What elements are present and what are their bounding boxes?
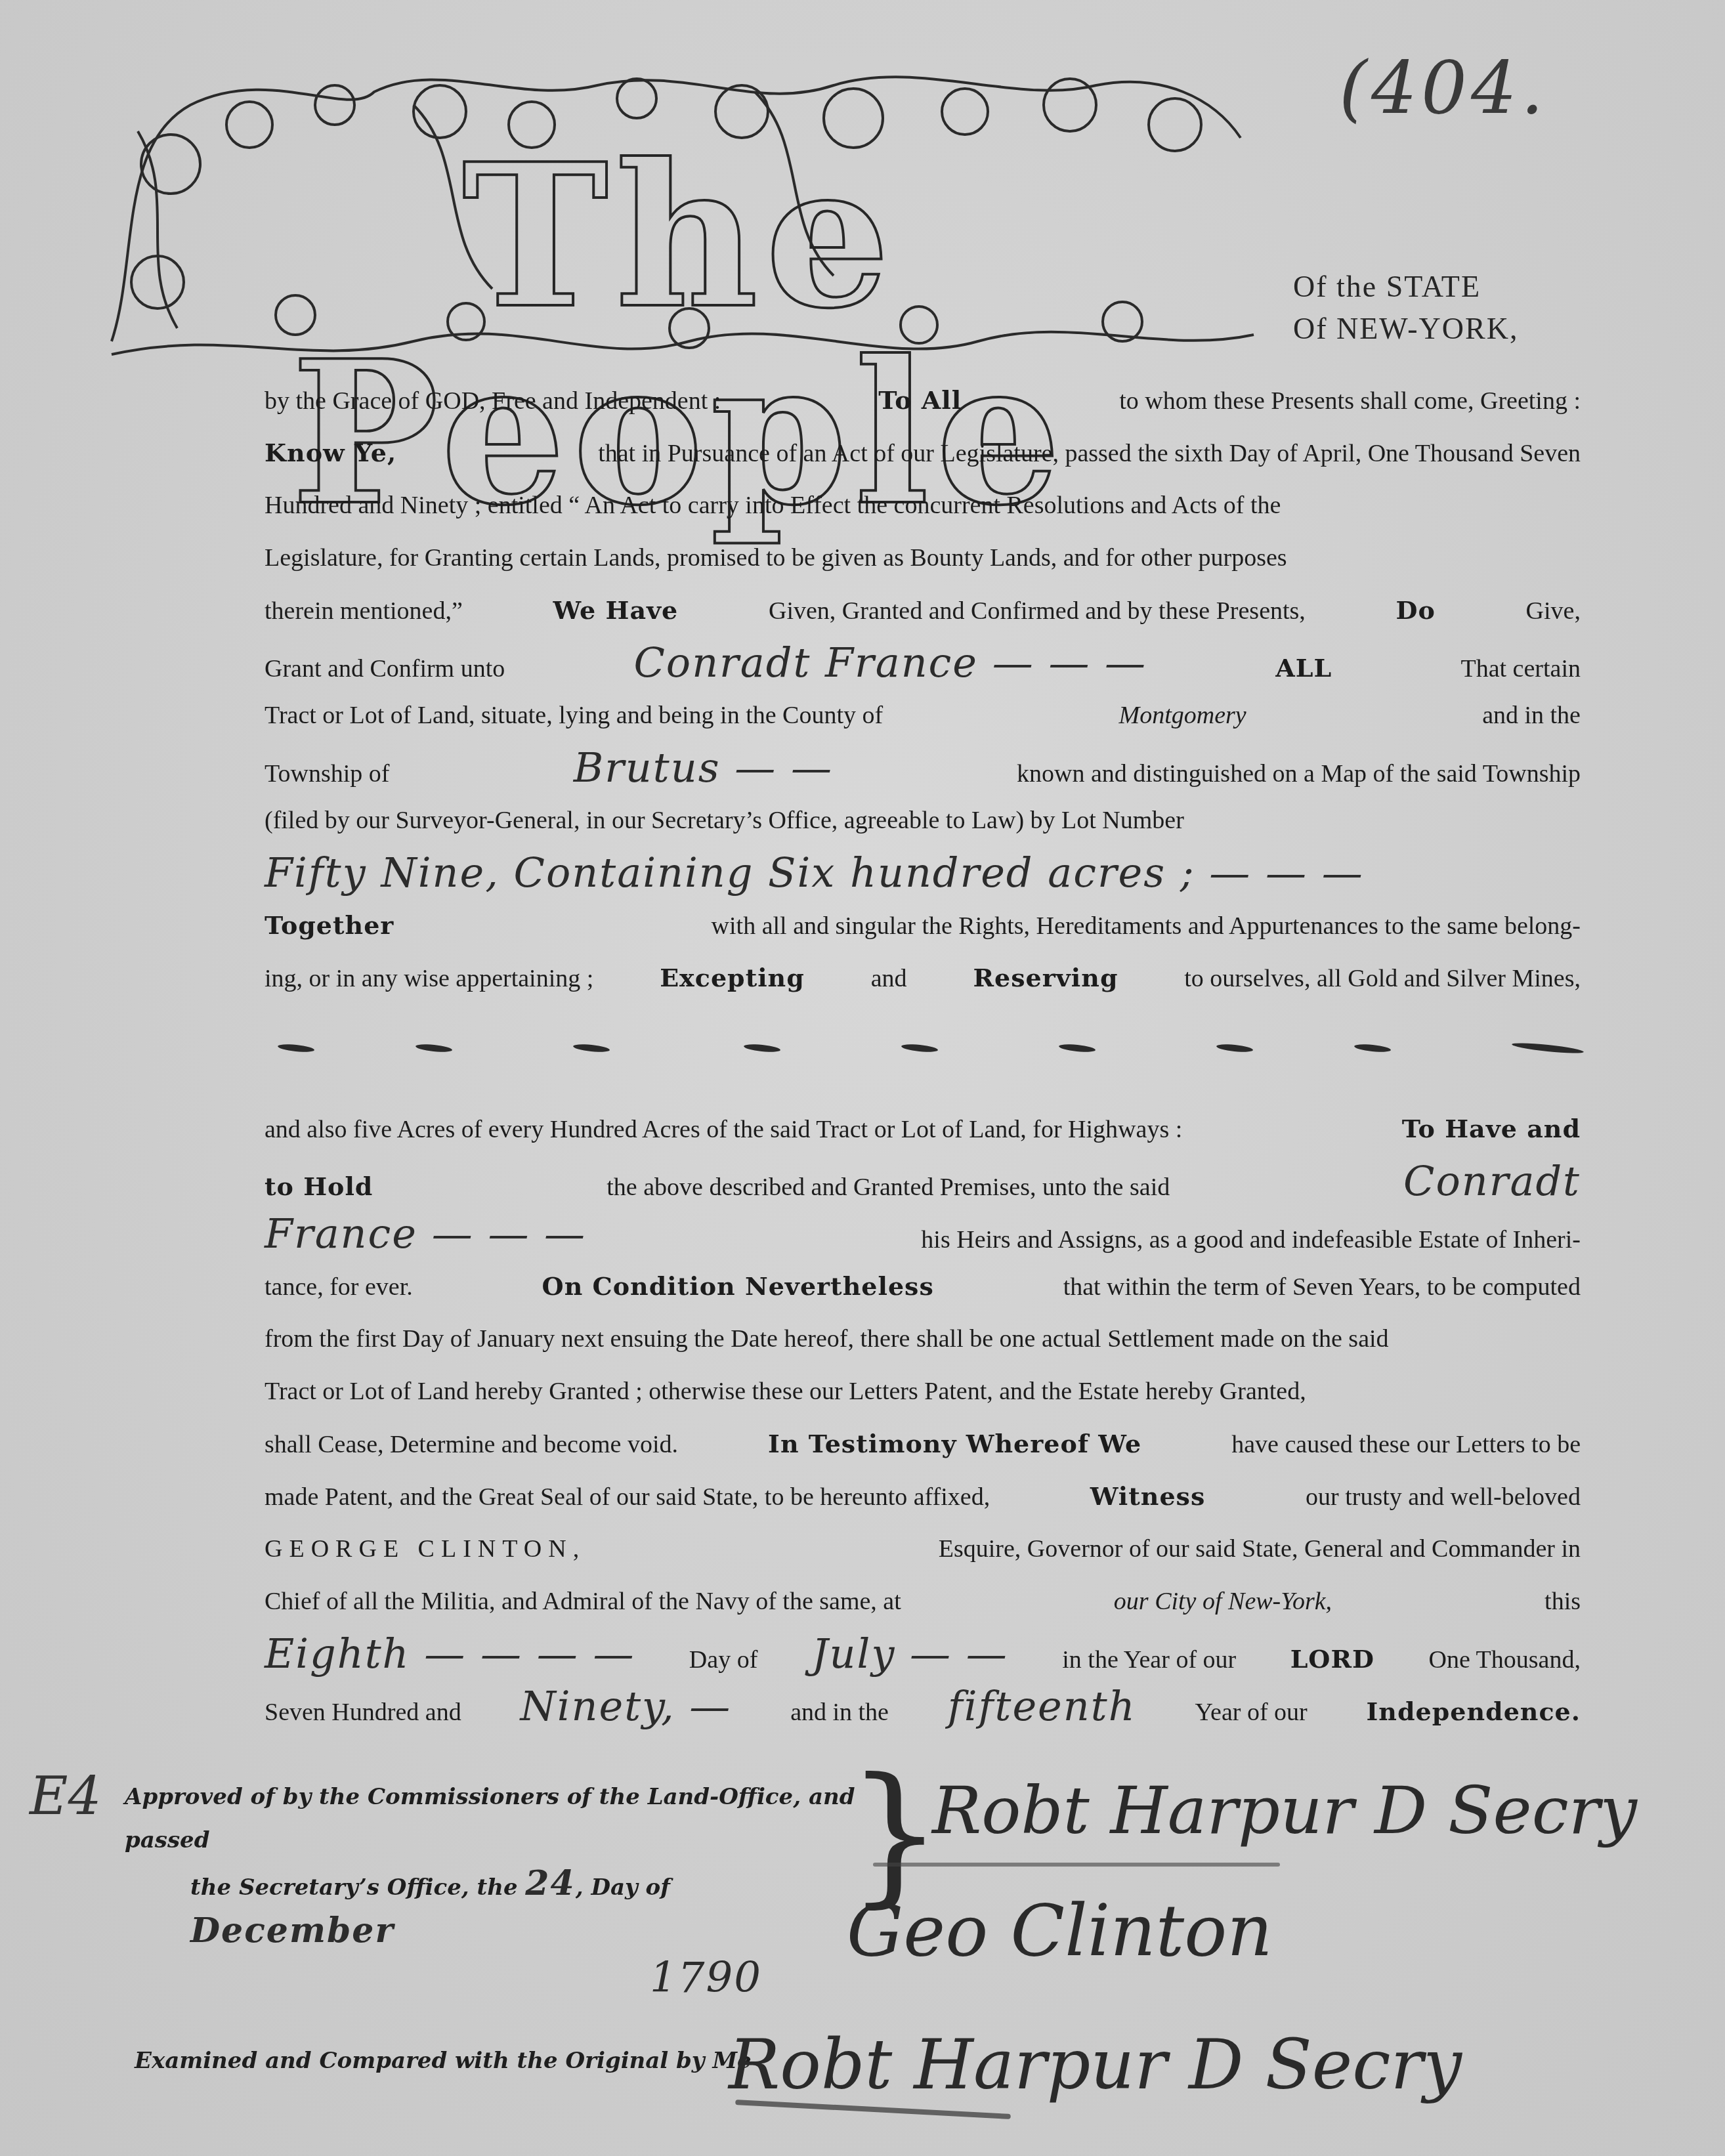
text-line: and also five Acres of every Hundred Acr… [265,1103,1581,1155]
approval-month: December [190,1911,394,1951]
text-line: from the first Day of January next ensui… [265,1313,1581,1365]
month-handwritten: July — — [812,1628,1008,1680]
handwritten-dash-line [265,1004,1581,1103]
text-line: Seven Hundred and Ninety, — and in the f… [265,1680,1581,1733]
grantee-last-name-handwritten: France — — — [265,1208,586,1260]
dash-mark [901,1043,939,1053]
grantee-first-name-handwritten: Conradt [1403,1155,1581,1208]
margin-note: E4 [30,1765,101,1827]
state-line-1: Of the STATE [1293,266,1518,308]
text-line: GEORGE CLINTON, Esquire, Governor of our… [265,1523,1581,1575]
text-line: Tract or Lot of Land hereby Granted ; ot… [265,1365,1581,1418]
dash-mark [1059,1043,1096,1053]
text-line: tance, for ever. On Condition Neverthele… [265,1260,1581,1313]
text-line: Grant and Confirm unto Conradt France — … [265,637,1581,689]
text-line: Eighth — — — — Day of July — — in the Ye… [265,1628,1581,1680]
text-line: Know Ye, that in Pursuance of an Act of … [265,427,1581,479]
text-line: Tract or Lot of Land, situate, lying and… [265,689,1581,742]
text-line: by the Grace of GOD, Free and Independen… [265,374,1581,427]
text-line: Township of Brutus — — known and disting… [265,742,1581,794]
dash-mark [1512,1041,1584,1055]
text-line: Hundred and Ninety ; entitled “ An Act t… [265,479,1581,532]
text-line: therein mentioned,” We Have Given, Grant… [265,584,1581,637]
text-line: ing, or in any wise appertaining ; Excep… [265,952,1581,1004]
dash-mark [744,1043,781,1053]
approval-block: Approved of by the Commissioners of the … [125,1775,880,2006]
approval-day: 24 [525,1863,575,1903]
lot-description-handwritten: Fifty Nine, Containing Six hundred acres… [265,847,1364,899]
signature-underline [873,1863,1280,1867]
examiner-signature: Robt Harpur D Secry [729,2025,1462,2105]
secretary-signature: Robt Harpur D Secry [932,1772,1637,1849]
dash-mark [278,1043,315,1053]
dash-mark [415,1043,453,1053]
year-handwritten: Ninety, — [521,1680,732,1733]
governor-name: GEORGE CLINTON, [265,1523,586,1575]
dash-mark [1216,1043,1254,1053]
independence-year-handwritten: fifteenth [948,1680,1136,1733]
text-line: made Patent, and the Great Seal of our s… [265,1470,1581,1523]
text-line: Fifty Nine, Containing Six hundred acres… [265,847,1581,899]
approval-line-2: the Secretary’s Office, the 24, Day of D… [125,1862,880,1956]
brace-icon: } [847,1759,943,1910]
land-patent-page: (404. The People Of the STATE Of NEW-YOR… [0,0,1725,2156]
governor-signature: Geo Clinton [847,1890,1273,1972]
examined-label: Examined and Compared with the Original … [135,2048,752,2074]
text-line: Chief of all the Militia, and Admiral of… [265,1575,1581,1628]
state-line-2: Of NEW-YORK, [1293,308,1518,350]
dash-mark [1354,1043,1392,1053]
approval-line-1: Approved of by the Commissioners of the … [125,1775,880,1862]
folio-number: (404. [1339,46,1548,130]
approval-year: 1790 [125,1956,880,2006]
county-name: Montgomery [1119,689,1246,742]
text-line: (filed by our Surveyor-General, in our S… [265,794,1581,847]
state-heading: Of the STATE Of NEW-YORK, [1293,266,1518,350]
day-handwritten: Eighth — — — — [265,1628,635,1680]
text-line: France — — — his Heirs and Assigns, as a… [265,1208,1581,1260]
ornamental-title-banner: The People [98,66,1260,368]
township-name-handwritten: Brutus — — [574,742,833,794]
text-line: Together with all and singular the Right… [265,899,1581,952]
text-line: Legislature, for Granting certain Lands,… [265,532,1581,584]
dash-mark [573,1043,610,1053]
text-line: shall Cease, Determine and become void. … [265,1418,1581,1470]
text-line: to Hold the above described and Granted … [265,1155,1581,1208]
patent-body: by the Grace of GOD, Free and Independen… [265,374,1581,1733]
grantee-name-handwritten: Conradt France — — — [633,637,1147,689]
